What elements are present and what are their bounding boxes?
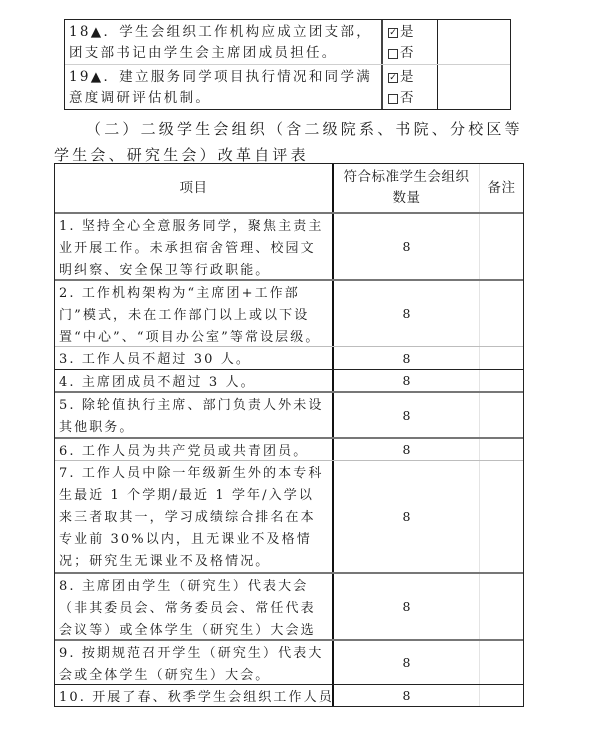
header-note: 备注: [480, 164, 523, 212]
yes-no-cell: ✓ 是 否: [383, 20, 438, 64]
count-value: 8: [334, 214, 480, 279]
criterion-text: 19▲．建立服务同学项目执行情况和同学满意度调研评估机制。: [65, 65, 383, 109]
table-header-row: 项目 符合标准学生会组织数量 备注: [55, 164, 523, 212]
self-evaluation-table: 项目 符合标准学生会组织数量 备注 1. 坚持全心全意服务同学，聚焦主责主业开展…: [54, 163, 524, 707]
note-cell: [480, 685, 523, 706]
item-text: 6. 工作人员为共产党员或共青团员。: [55, 439, 334, 460]
unchecked-checkbox-icon[interactable]: [388, 49, 398, 59]
yes-label: 是: [400, 22, 414, 43]
note-cell: [480, 370, 523, 391]
checked-checkbox-icon[interactable]: ✓: [388, 28, 398, 38]
note-cell: [480, 439, 523, 460]
yes-label: 是: [400, 67, 414, 88]
table-row: 8. 主席团由学生（研究生）代表大会（非其委员会、常务委员会、常任代表会议等）或…: [55, 572, 523, 639]
section-title: （二）二级学生会组织（含二级院系、书院、分校区等学生会、研究生会）改革自评表: [54, 116, 534, 168]
table-row: 9. 按期规范召开学生（研究生）代表大会或全体学生（研究生）大会。 8: [55, 639, 523, 684]
count-value: 8: [334, 393, 480, 437]
item-text: 9. 按期规范召开学生（研究生）代表大会或全体学生（研究生）大会。: [55, 641, 334, 684]
table-row: 3. 工作人员不超过 30 人。 8: [55, 346, 523, 369]
count-value: 8: [334, 347, 480, 369]
no-label: 否: [400, 43, 414, 64]
table-row: 7. 工作人员中除一年级新生外的本专科生最近 1 个学期/最近 1 学年/入学以…: [55, 460, 523, 572]
item-text: 4. 主席团成员不超过 3 人。: [55, 370, 334, 391]
count-value: 8: [334, 641, 480, 684]
item-text: 5. 除轮值执行主席、部门负责人外未设其他职务。: [55, 393, 334, 437]
note-cell: [480, 393, 523, 437]
count-value: 8: [334, 685, 480, 706]
header-item: 项目: [55, 164, 334, 212]
note-cell: [480, 574, 523, 639]
yes-option[interactable]: ✓ 是: [388, 67, 437, 88]
count-value: 8: [334, 461, 480, 572]
count-value: 8: [334, 370, 480, 391]
note-cell: [480, 641, 523, 684]
note-cell: [438, 20, 510, 64]
table-row: 10. 开展了春、秋季学生会组织工作人员全 8: [55, 684, 523, 706]
yes-no-cell: ✓ 是 否: [383, 65, 438, 109]
table-row: 1. 坚持全心全意服务同学，聚焦主责主业开展工作。未承担宿舍管理、校园文明纠察、…: [55, 212, 523, 279]
item-text: 2. 工作机构架构为“主席团+工作部门”模式，未在工作部门以上或以下设置“中心”…: [55, 281, 334, 346]
note-cell: [438, 65, 510, 109]
self-check-table-continued: 18▲．学生会组织工作机构应成立团支部，团支部书记由学生会主席团成员担任。 ✓ …: [64, 19, 511, 110]
table-row: 6. 工作人员为共产党员或共青团员。 8: [55, 437, 523, 460]
count-value: 8: [334, 574, 480, 639]
count-value: 8: [334, 281, 480, 346]
no-option[interactable]: 否: [388, 88, 437, 109]
criterion-text: 18▲．学生会组织工作机构应成立团支部，团支部书记由学生会主席团成员担任。: [65, 20, 383, 64]
no-option[interactable]: 否: [388, 43, 437, 64]
yes-option[interactable]: ✓ 是: [388, 22, 437, 43]
count-value: 8: [334, 439, 480, 460]
note-cell: [480, 214, 523, 279]
note-cell: [480, 347, 523, 369]
item-text: 3. 工作人员不超过 30 人。: [55, 347, 334, 369]
no-label: 否: [400, 88, 414, 109]
item-text: 8. 主席团由学生（研究生）代表大会（非其委员会、常务委员会、常任代表会议等）或…: [55, 574, 334, 639]
checked-checkbox-icon[interactable]: ✓: [388, 73, 398, 83]
document-page: 18▲．学生会组织工作机构应成立团支部，团支部书记由学生会主席团成员担任。 ✓ …: [0, 0, 600, 748]
table-row: 5. 除轮值执行主席、部门负责人外未设其他职务。 8: [55, 391, 523, 437]
table-row: 2. 工作机构架构为“主席团+工作部门”模式，未在工作部门以上或以下设置“中心”…: [55, 279, 523, 346]
table-row: 4. 主席团成员不超过 3 人。 8: [55, 369, 523, 391]
table-row: 19▲．建立服务同学项目执行情况和同学满意度调研评估机制。 ✓ 是 否: [65, 64, 510, 109]
note-cell: [480, 281, 523, 346]
item-text: 10. 开展了春、秋季学生会组织工作人员全: [55, 685, 334, 706]
note-cell: [480, 461, 523, 572]
table-row: 18▲．学生会组织工作机构应成立团支部，团支部书记由学生会主席团成员担任。 ✓ …: [65, 20, 510, 64]
header-count: 符合标准学生会组织数量: [334, 164, 480, 212]
item-text: 7. 工作人员中除一年级新生外的本专科生最近 1 个学期/最近 1 学年/入学以…: [55, 461, 334, 572]
item-text: 1. 坚持全心全意服务同学，聚焦主责主业开展工作。未承担宿舍管理、校园文明纠察、…: [55, 214, 334, 279]
unchecked-checkbox-icon[interactable]: [388, 94, 398, 104]
